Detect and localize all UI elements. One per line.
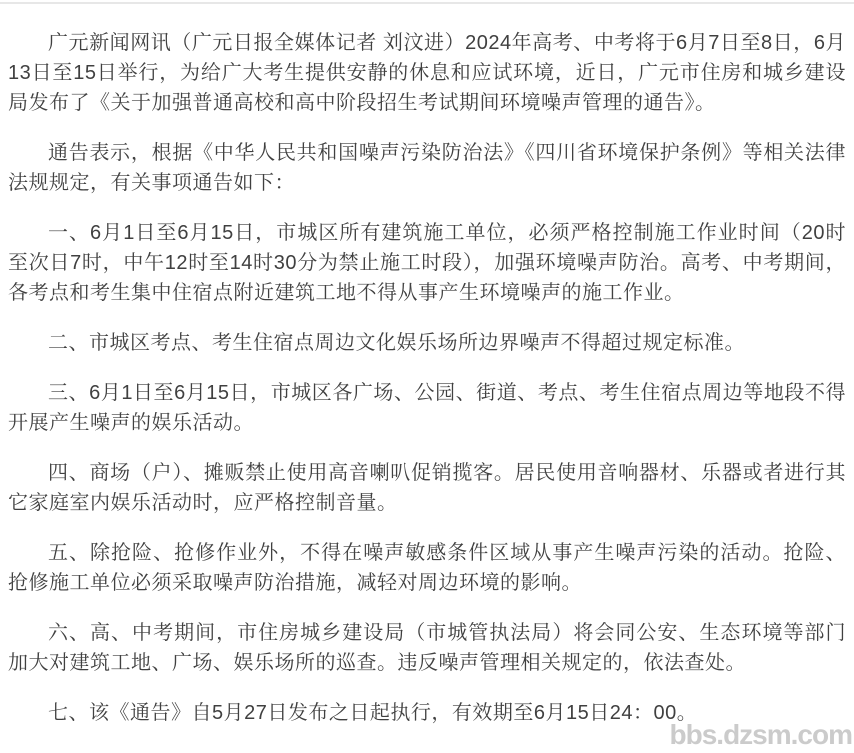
site-watermark: bbs.dzsm.com: [670, 721, 852, 749]
article-page: 广元新闻网讯（广元日报全媒体记者 刘汶进）2024年高考、中考将于6月7日至8日…: [0, 0, 854, 753]
paragraph-legal-basis: 通告表示，根据《中华人民共和国噪声污染防治法》《四川省环境保护条例》等相关法律法…: [8, 138, 846, 198]
paragraph-item-5: 五、除抢险、抢修作业外，不得在噪声敏感条件区域从事产生噪声污染的活动。抢险、抢修…: [8, 538, 846, 598]
paragraph-item-6: 六、高、中考期间，市住房城乡建设局（市城管执法局）将会同公安、生态环境等部门加大…: [8, 618, 846, 678]
article-body: 广元新闻网讯（广元日报全媒体记者 刘汶进）2024年高考、中考将于6月7日至8日…: [0, 0, 854, 748]
paragraph-item-2: 二、市城区考点、考生住宿点周边文化娱乐场所边界噪声不得超过规定标准。: [8, 328, 846, 358]
paragraph-item-3: 三、6月1日至6月15日，市城区各广场、公园、街道、考点、考生住宿点周边等地段不…: [8, 378, 846, 438]
paragraph-item-4: 四、商场（户）、摊贩禁止使用高音喇叭促销揽客。居民使用音响器材、乐器或者进行其它…: [8, 458, 846, 518]
paragraph-item-1: 一、6月1日至6月15日，市城区所有建筑施工单位，必须严格控制施工作业时间（20…: [8, 218, 846, 308]
paragraph-intro: 广元新闻网讯（广元日报全媒体记者 刘汶进）2024年高考、中考将于6月7日至8日…: [8, 28, 846, 118]
